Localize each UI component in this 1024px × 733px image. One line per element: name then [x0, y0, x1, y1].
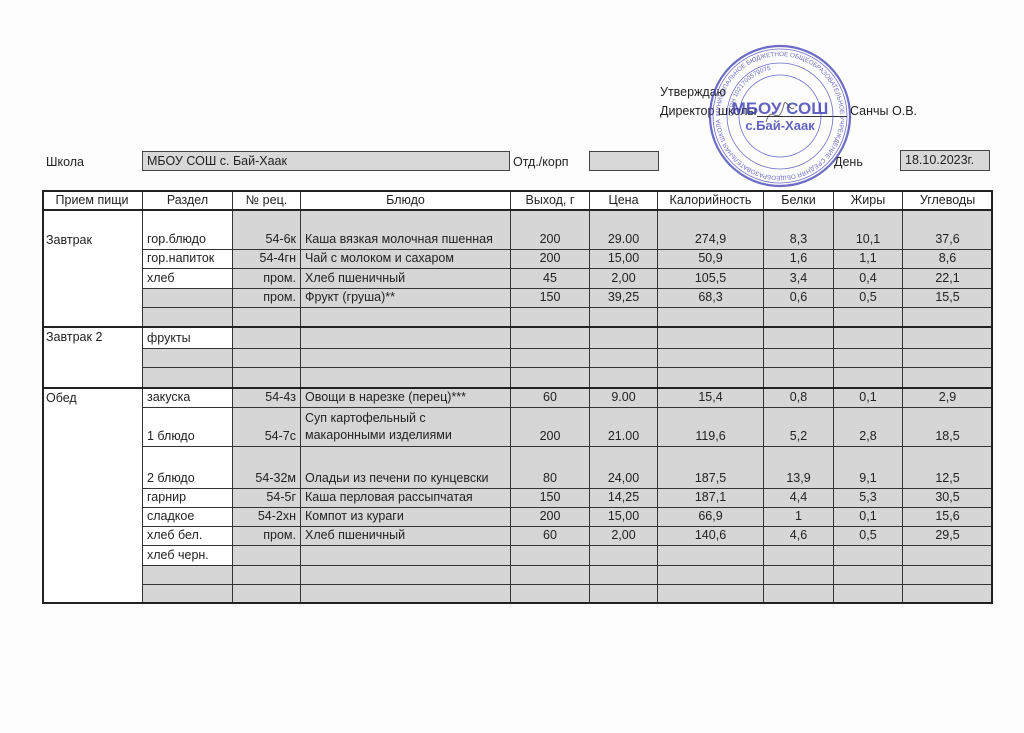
cell-section[interactable]: хлеб: [143, 269, 233, 289]
cell-carbs[interactable]: [903, 546, 993, 566]
cell-yield[interactable]: 200: [511, 408, 590, 447]
cell-recipe[interactable]: [233, 368, 301, 388]
cell-dish[interactable]: Компот из кураги: [301, 508, 511, 527]
cell-fat[interactable]: 5,3: [834, 489, 903, 508]
cell-dish[interactable]: Чай с молоком и сахаром: [301, 250, 511, 269]
cell-dish[interactable]: Хлеб пшеничный: [301, 269, 511, 289]
cell-protein[interactable]: 8,3: [764, 211, 834, 250]
cell-yield[interactable]: [511, 349, 590, 368]
cell-yield[interactable]: 45: [511, 269, 590, 289]
cell-recipe[interactable]: [233, 308, 301, 327]
cell-protein[interactable]: 1: [764, 508, 834, 527]
cell-section[interactable]: [143, 349, 233, 368]
cell-price[interactable]: 39,25: [590, 289, 658, 308]
cell-fat[interactable]: [834, 585, 903, 604]
column-header-section: Раздел: [143, 190, 233, 211]
cell-yield[interactable]: [511, 546, 590, 566]
director-name: Санчы О.В.: [850, 105, 917, 118]
cell-dish[interactable]: Оладьи из печени по кунцевски: [301, 447, 511, 489]
cell-yield[interactable]: [511, 566, 590, 585]
cell-kcal[interactable]: [658, 308, 764, 327]
cell-protein[interactable]: 0,6: [764, 289, 834, 308]
cell-yield[interactable]: 200: [511, 508, 590, 527]
cell-carbs[interactable]: 15,5: [903, 289, 993, 308]
cell-recipe[interactable]: 54-4гн: [233, 250, 301, 269]
cell-recipe[interactable]: 54-6к: [233, 211, 301, 250]
cell-fat[interactable]: [834, 368, 903, 388]
cell-carbs[interactable]: [903, 585, 993, 604]
cell-carbs[interactable]: 18,5: [903, 408, 993, 447]
cell-kcal[interactable]: 187,5: [658, 447, 764, 489]
column-header-dish: Блюдо: [301, 190, 511, 211]
meal-name-cell: Обед: [42, 388, 143, 604]
cell-carbs[interactable]: [903, 368, 993, 388]
cell-fat[interactable]: [834, 308, 903, 327]
column-header-recipe: № рец.: [233, 190, 301, 211]
cell-recipe[interactable]: 54-32м: [233, 447, 301, 489]
cell-dish[interactable]: [301, 585, 511, 604]
director-label: Директор школы: [660, 105, 757, 118]
cell-fat[interactable]: 0,1: [834, 388, 903, 408]
day-label: День: [834, 156, 863, 169]
cell-fat[interactable]: 0,5: [834, 289, 903, 308]
day-field[interactable]: 18.10.2023г.: [900, 150, 990, 171]
cell-dish[interactable]: [301, 327, 511, 349]
cell-dish[interactable]: [301, 308, 511, 327]
svg-text:с.Бай-Хаак: с.Бай-Хаак: [745, 118, 815, 133]
column-header-meal: Прием пищи: [42, 190, 143, 211]
cell-price[interactable]: 21.00: [590, 408, 658, 447]
cell-fat[interactable]: 0,1: [834, 508, 903, 527]
cell-dish[interactable]: [301, 546, 511, 566]
cell-section[interactable]: гор.напиток: [143, 250, 233, 269]
cell-yield[interactable]: 80: [511, 447, 590, 489]
cell-carbs[interactable]: 29,5: [903, 527, 993, 546]
cell-carbs[interactable]: 2,9: [903, 388, 993, 408]
cell-kcal[interactable]: 105,5: [658, 269, 764, 289]
column-header-carbs: Углеводы: [903, 190, 993, 211]
cell-carbs[interactable]: 12,5: [903, 447, 993, 489]
cell-recipe[interactable]: [233, 546, 301, 566]
cell-yield[interactable]: 150: [511, 489, 590, 508]
cell-kcal[interactable]: [658, 585, 764, 604]
signature-line: [757, 116, 847, 117]
column-header-kcal: Калорийность: [658, 190, 764, 211]
cell-fat[interactable]: [834, 349, 903, 368]
column-header-fat: Жиры: [834, 190, 903, 211]
cell-carbs[interactable]: 37,6: [903, 211, 993, 250]
cell-carbs[interactable]: 22,1: [903, 269, 993, 289]
cell-protein[interactable]: [764, 546, 834, 566]
cell-recipe[interactable]: [233, 566, 301, 585]
cell-section[interactable]: гор.блюдо: [143, 211, 233, 250]
column-header-protein: Белки: [764, 190, 834, 211]
cell-kcal[interactable]: [658, 546, 764, 566]
cell-section[interactable]: [143, 585, 233, 604]
cell-fat[interactable]: 2,8: [834, 408, 903, 447]
cell-price[interactable]: 29.00: [590, 211, 658, 250]
cell-protein[interactable]: 3,4: [764, 269, 834, 289]
cell-protein[interactable]: [764, 585, 834, 604]
cell-kcal[interactable]: [658, 327, 764, 349]
school-label: Школа: [46, 156, 84, 169]
cell-recipe[interactable]: 54-5г: [233, 489, 301, 508]
approval-label: Утверждаю: [660, 86, 726, 99]
cell-fat[interactable]: 9,1: [834, 447, 903, 489]
cell-dish[interactable]: Овощи в нарезке (перец)***: [301, 388, 511, 408]
cell-section[interactable]: [143, 289, 233, 308]
cell-yield[interactable]: 200: [511, 211, 590, 250]
cell-recipe[interactable]: [233, 349, 301, 368]
cell-recipe[interactable]: 54-2хн: [233, 508, 301, 527]
cell-carbs[interactable]: 15,6: [903, 508, 993, 527]
meal-name-cell: Завтрак 2: [42, 327, 143, 388]
cell-price[interactable]: [590, 546, 658, 566]
cell-carbs[interactable]: 8,6: [903, 250, 993, 269]
cell-price[interactable]: [590, 327, 658, 349]
cell-carbs[interactable]: [903, 566, 993, 585]
cell-recipe[interactable]: 54-7с: [233, 408, 301, 447]
cell-price[interactable]: 9.00: [590, 388, 658, 408]
column-header-price: Цена: [590, 190, 658, 211]
cell-price[interactable]: [590, 566, 658, 585]
cell-section[interactable]: закуска: [143, 388, 233, 408]
cell-price[interactable]: 2,00: [590, 527, 658, 546]
cell-fat[interactable]: [834, 327, 903, 349]
cell-dish[interactable]: Каша вязкая молочная пшенная: [301, 211, 511, 250]
cell-price[interactable]: 15,00: [590, 508, 658, 527]
cell-carbs[interactable]: [903, 349, 993, 368]
cell-fat[interactable]: 10,1: [834, 211, 903, 250]
cell-dish[interactable]: [301, 368, 511, 388]
cell-dish[interactable]: [301, 349, 511, 368]
cell-dish[interactable]: Фрукт (груша)**: [301, 289, 511, 308]
cell-section[interactable]: фрукты: [143, 327, 233, 349]
cell-fat[interactable]: 0,4: [834, 269, 903, 289]
cell-section[interactable]: [143, 566, 233, 585]
cell-protein[interactable]: 13,9: [764, 447, 834, 489]
cell-yield[interactable]: 60: [511, 388, 590, 408]
cell-yield[interactable]: 200: [511, 250, 590, 269]
cell-section[interactable]: 1 блюдо: [143, 408, 233, 447]
cell-kcal[interactable]: 68,3: [658, 289, 764, 308]
cell-section[interactable]: сладкое: [143, 508, 233, 527]
cell-fat[interactable]: [834, 566, 903, 585]
cell-recipe[interactable]: пром.: [233, 527, 301, 546]
cell-kcal[interactable]: 140,6: [658, 527, 764, 546]
cell-dish[interactable]: [301, 566, 511, 585]
cell-price[interactable]: 24,00: [590, 447, 658, 489]
cell-price[interactable]: [590, 368, 658, 388]
cell-yield[interactable]: [511, 327, 590, 349]
cell-price[interactable]: 14,25: [590, 489, 658, 508]
cell-kcal[interactable]: 119,6: [658, 408, 764, 447]
cell-protein[interactable]: 1,6: [764, 250, 834, 269]
cell-section[interactable]: хлеб черн.: [143, 546, 233, 566]
cell-dish[interactable]: Каша перловая рассыпчатая: [301, 489, 511, 508]
dept-field[interactable]: [589, 151, 659, 171]
cell-yield[interactable]: [511, 308, 590, 327]
cell-yield[interactable]: [511, 368, 590, 388]
cell-protein[interactable]: [764, 566, 834, 585]
meal-separator: [42, 326, 993, 328]
cell-protein[interactable]: 0,8: [764, 388, 834, 408]
cell-protein[interactable]: 4,6: [764, 527, 834, 546]
cell-price[interactable]: 15,00: [590, 250, 658, 269]
cell-recipe[interactable]: [233, 327, 301, 349]
cell-section[interactable]: 2 блюдо: [143, 447, 233, 489]
meal-name-cell: Завтрак: [42, 211, 143, 327]
meal-separator: [42, 387, 993, 389]
cell-kcal[interactable]: [658, 566, 764, 585]
cell-price[interactable]: [590, 308, 658, 327]
cell-kcal[interactable]: [658, 368, 764, 388]
cell-protein[interactable]: [764, 368, 834, 388]
cell-section[interactable]: [143, 308, 233, 327]
cell-fat[interactable]: 1,1: [834, 250, 903, 269]
cell-recipe[interactable]: 54-4з: [233, 388, 301, 408]
cell-protein[interactable]: [764, 349, 834, 368]
dept-label: Отд./корп: [513, 156, 569, 169]
cell-recipe[interactable]: пром.: [233, 289, 301, 308]
cell-section[interactable]: хлеб бел.: [143, 527, 233, 546]
cell-section[interactable]: [143, 368, 233, 388]
cell-kcal[interactable]: 50,9: [658, 250, 764, 269]
cell-recipe[interactable]: [233, 585, 301, 604]
cell-dish[interactable]: Суп картофельный с макаронными изделиями: [301, 408, 511, 447]
cell-price[interactable]: [590, 349, 658, 368]
cell-yield[interactable]: 150: [511, 289, 590, 308]
cell-kcal[interactable]: 15,4: [658, 388, 764, 408]
cell-kcal[interactable]: 274,9: [658, 211, 764, 250]
cell-kcal[interactable]: 66,9: [658, 508, 764, 527]
cell-kcal[interactable]: 187,1: [658, 489, 764, 508]
cell-price[interactable]: 2,00: [590, 269, 658, 289]
cell-section[interactable]: гарнир: [143, 489, 233, 508]
cell-protein[interactable]: [764, 327, 834, 349]
cell-price[interactable]: [590, 585, 658, 604]
cell-fat[interactable]: [834, 546, 903, 566]
cell-carbs[interactable]: 30,5: [903, 489, 993, 508]
cell-carbs[interactable]: [903, 308, 993, 327]
cell-recipe[interactable]: пром.: [233, 269, 301, 289]
cell-protein[interactable]: 4,4: [764, 489, 834, 508]
cell-yield[interactable]: [511, 585, 590, 604]
school-field[interactable]: МБОУ СОШ с. Бай-Хаак: [142, 151, 510, 171]
cell-protein[interactable]: 5,2: [764, 408, 834, 447]
cell-dish[interactable]: Хлеб пшеничный: [301, 527, 511, 546]
cell-yield[interactable]: 60: [511, 527, 590, 546]
column-header-yield: Выход, г: [511, 190, 590, 211]
cell-carbs[interactable]: [903, 327, 993, 349]
cell-fat[interactable]: 0,5: [834, 527, 903, 546]
cell-kcal[interactable]: [658, 349, 764, 368]
cell-protein[interactable]: [764, 308, 834, 327]
